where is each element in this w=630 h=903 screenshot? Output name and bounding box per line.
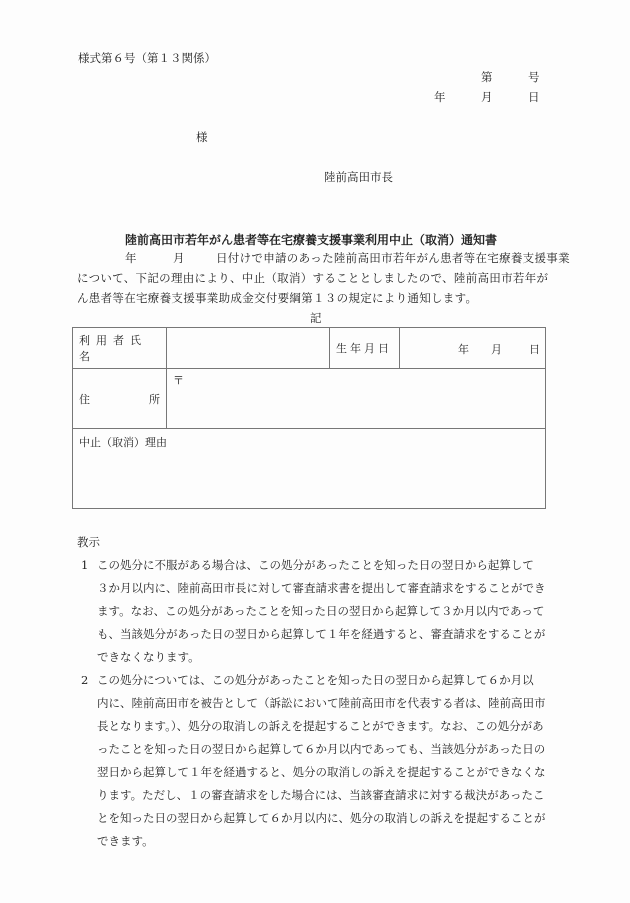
instructions-heading: 教示 xyxy=(77,531,557,554)
doc-number-suffix: 号 xyxy=(528,69,540,85)
date-month: 月 xyxy=(481,89,493,105)
instructions: 教示 1 この処分に不服がある場合は、この処分があったことを知った日の翌日から起… xyxy=(77,531,557,853)
document-title: 陸前高田市若年がん患者等在宅療養支援事業利用中止（取消）通知書 xyxy=(125,231,497,248)
doc-number-prefix: 第 xyxy=(481,69,493,85)
address-field[interactable]: 〒 xyxy=(167,369,546,429)
body-line-3: ん患者等在宅療養支援事業助成金交付要綱第１３の規定により通知します。 xyxy=(77,290,477,306)
name-field[interactable] xyxy=(167,328,330,369)
body-line-2: について、下記の理由により、中止（取消）することとしましたので、陸前高田市若年が xyxy=(77,270,548,286)
birth-label: 生年月日 xyxy=(330,328,400,369)
address-label: 住 所 xyxy=(73,369,167,429)
body-month: 月 xyxy=(173,250,185,266)
addressee-suffix: 様 xyxy=(196,129,208,145)
birth-day: 日 xyxy=(529,341,540,357)
issuer: 陸前高田市長 xyxy=(324,169,393,185)
instruction-item-1: 1 この処分に不服がある場合は、この処分があったことを知った日の翌日から起算して… xyxy=(77,554,557,669)
instruction-item-2: 2 この処分については、この処分があったことを知った日の翌日から起算して６か月以… xyxy=(77,669,557,853)
name-label: 利用者氏名 xyxy=(73,328,167,369)
postal-mark: 〒 xyxy=(173,374,184,387)
body-year: 年 xyxy=(125,250,137,266)
form-number: 様式第６号（第１３関係） xyxy=(78,50,216,66)
birth-field[interactable]: 年 月 日 xyxy=(400,328,546,369)
birth-month: 月 xyxy=(491,341,502,357)
date-year: 年 xyxy=(434,89,446,105)
ki-heading: 記 xyxy=(310,310,322,326)
reason-label: 中止（取消）理由 xyxy=(79,436,167,449)
info-table: 利用者氏名 生年月日 年 月 日 住 所 〒 中止（取消）理由 xyxy=(72,327,546,509)
reason-field[interactable]: 中止（取消）理由 xyxy=(73,429,546,509)
body-line-1-rest: 日付けで申請のあった陸前高田市若年がん患者等在宅療養支援事業 xyxy=(216,250,570,266)
date-day: 日 xyxy=(528,89,540,105)
birth-year: 年 xyxy=(458,341,469,357)
